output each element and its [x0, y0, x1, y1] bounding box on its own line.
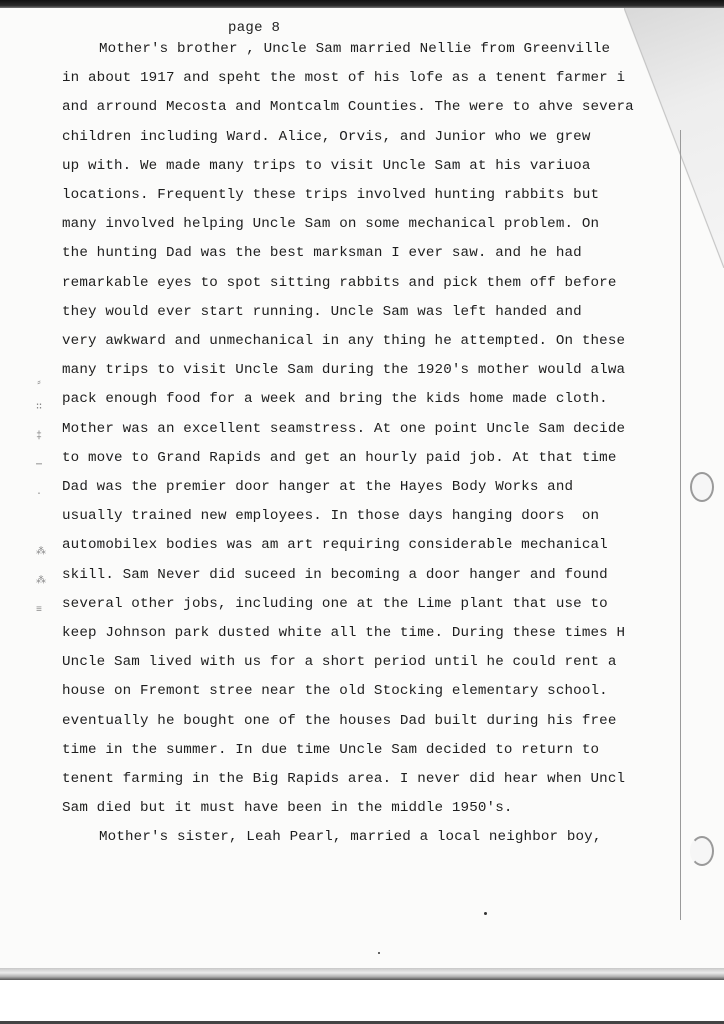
text-line: house on Fremont stree near the old Stoc…: [62, 682, 608, 700]
text-line: several other jobs, including one at the…: [62, 595, 608, 613]
margin-smudge: ⁂: [36, 547, 46, 559]
text-line: up with. We made many trips to visit Unc…: [62, 157, 591, 175]
margin-smudge: ⁂: [36, 576, 46, 588]
text-line: Mother's sister, Leah Pearl, married a l…: [99, 828, 602, 846]
scanner-bed: [0, 980, 724, 1024]
margin-smudge: ⋯: [36, 460, 42, 472]
text-line: tenent farming in the Big Rapids area. I…: [62, 770, 625, 788]
text-line: many involved helping Uncle Sam on some …: [62, 215, 599, 233]
margin-smudge: ≡: [36, 605, 42, 617]
text-line: eventually he bought one of the houses D…: [62, 712, 617, 730]
text-line: many trips to visit Uncle Sam during the…: [62, 361, 625, 379]
text-line: and arround Mecosta and Montcalm Countie…: [62, 98, 634, 116]
text-line: in about 1917 and speht the most of his …: [62, 69, 625, 87]
text-line: the hunting Dad was the best marksman I …: [62, 244, 582, 262]
text-line: remarkable eyes to spot sitting rabbits …: [62, 274, 617, 292]
dust-speck: [484, 912, 487, 915]
scanner-bottom-band: [0, 968, 724, 980]
binder-hole-icon: [690, 472, 714, 502]
binder-hole-icon: [690, 836, 714, 866]
page-number: page 8: [228, 20, 280, 36]
text-line: very awkward and unmechanical in any thi…: [62, 332, 625, 350]
text-line: automobilex bodies was am art requiring …: [62, 536, 608, 554]
text-line: children including Ward. Alice, Orvis, a…: [62, 128, 591, 146]
text-line: Mother's brother , Uncle Sam married Nel…: [99, 40, 610, 58]
margin-smudge: ⸗: [36, 378, 42, 390]
text-line: keep Johnson park dusted white all the t…: [62, 624, 625, 642]
text-line: locations. Frequently these trips involv…: [62, 186, 599, 204]
text-line: Uncle Sam lived with us for a short peri…: [62, 653, 617, 671]
text-line: time in the summer. In due time Uncle Sa…: [62, 741, 599, 759]
text-line: to move to Grand Rapids and get an hourl…: [62, 449, 617, 467]
margin-smudge: ∷: [36, 402, 42, 414]
dust-speck: [378, 952, 380, 954]
text-line: Dad was the premier door hanger at the H…: [62, 478, 573, 496]
text-line: Sam died but it must have been in the mi…: [62, 799, 513, 817]
text-line: they would ever start running. Uncle Sam…: [62, 303, 582, 321]
text-line: Mother was an excellent seamstress. At o…: [62, 420, 625, 438]
margin-smudge: ·: [36, 489, 42, 501]
text-line: usually trained new employees. In those …: [62, 507, 599, 525]
text-line: skill. Sam Never did suceed in becoming …: [62, 566, 608, 584]
scanner-top-edge: [0, 0, 724, 8]
text-line: pack enough food for a week and bring th…: [62, 390, 608, 408]
margin-rule: [680, 130, 681, 920]
margin-smudge: ‡: [36, 431, 42, 443]
